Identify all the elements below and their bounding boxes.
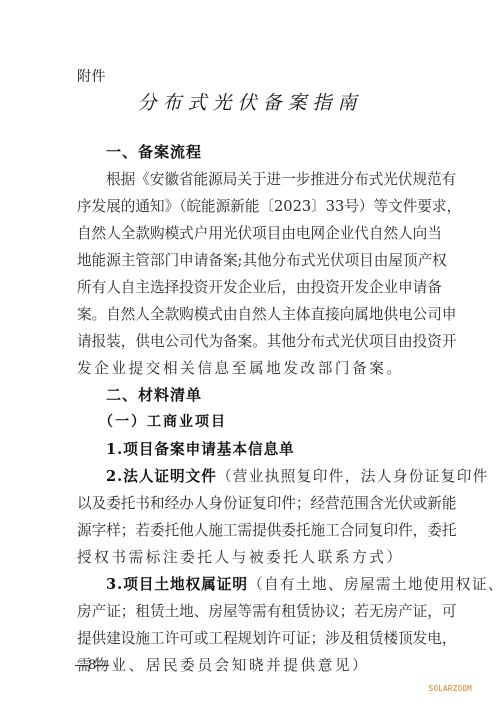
list-item-1: 1.项目备案申请基本信息单: [77, 436, 423, 463]
paragraph-line: 房产证；租赁土地、房屋等需有租赁协议；若无房产证，可: [77, 598, 423, 625]
list-item-3: 3.项目土地权属证明（自有土地、房屋需土地使用权证、: [77, 571, 423, 598]
list-item-2: 2.法人证明文件（营业执照复印件，法人身份证复印件: [77, 463, 423, 490]
document-title: 分布式光伏备案指南: [0, 88, 500, 115]
paragraph-line: 序发展的通知》（皖能源新能〔2023〕33号）等文件要求，: [77, 193, 423, 220]
paragraph-line: 案。自然人全款购模式由自然人主体直接向属地供电公司申: [77, 301, 423, 328]
paragraph-line: 地能源主管部门申请备案;其他分布式光伏项目由屋顶产权: [77, 247, 423, 274]
dash-decoration: [75, 665, 88, 666]
paragraph-line: 授权书需标注委托人与被委托人联系方式）: [77, 544, 423, 571]
paragraph-line: 根据《安徽省能源局关于进一步推进分布式光伏规范有: [77, 166, 423, 193]
list-item-label: 2.法人证明文件: [106, 468, 217, 485]
watermark-logo: SOLARZOOM: [429, 684, 472, 693]
list-item-label: 1.项目备案申请基本信息单: [106, 441, 295, 458]
list-item-label: 3.项目土地权属证明: [106, 576, 248, 593]
section-heading-materials: 二、材料清单: [77, 382, 423, 409]
document-body: 一、备案流程 根据《安徽省能源局关于进一步推进分布式光伏规范有 序发展的通知》（…: [77, 139, 423, 679]
paragraph-line: 所有人自主选择投资开发企业后，由投资开发企业申请备: [77, 274, 423, 301]
document-page: 附件 分布式光伏备案指南 一、备案流程 根据《安徽省能源局关于进一步推进分布式光…: [0, 0, 500, 706]
paragraph-line: 需物业、居民委员会知晓并提供意见）: [77, 652, 423, 679]
subsection-heading-commercial: （一）工商业项目: [77, 409, 423, 436]
paragraph-line: 提供建设施工许可或工程规划许可证；涉及租赁楼顶发电，: [77, 625, 423, 652]
paragraph-line: 源字样；若委托他人施工需提供委托施工合同复印件，委托: [77, 517, 423, 544]
list-item-text: （营业执照复印件，法人身份证复印件: [217, 468, 489, 485]
page-number: 8: [75, 658, 109, 673]
attachment-label: 附件: [77, 66, 106, 86]
paragraph-line: 发企业提交相关信息至属地发改部门备案。: [77, 355, 423, 382]
dash-decoration: [96, 665, 109, 666]
paragraph-line: 自然人全款购模式户用光伏项目由电网企业代自然人向当: [77, 220, 423, 247]
paragraph-line: 请报装，供电公司代为备案。其他分布式光伏项目由投资开: [77, 328, 423, 355]
page-number-value: 8: [88, 658, 96, 673]
paragraph-line: 以及委托书和经办人身份证复印件；经营范围含光伏或新能: [77, 490, 423, 517]
section-heading-filing-process: 一、备案流程: [77, 139, 423, 166]
list-item-text: （自有土地、房屋需土地使用权证、: [248, 576, 500, 593]
